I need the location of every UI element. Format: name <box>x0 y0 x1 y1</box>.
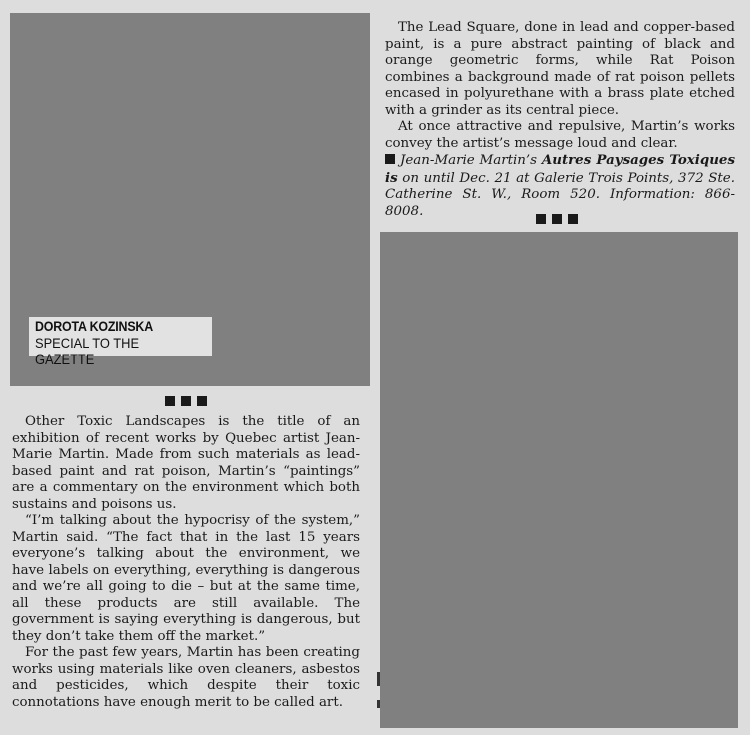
exhibition-title: Autres Paysages Toxiques <box>542 152 735 168</box>
divider-square-icon <box>165 396 175 406</box>
newspaper-clipping: DOROTA KOZINSKA SPECIAL TO THE GAZETTE O… <box>0 0 750 735</box>
bullet-square-icon <box>385 154 395 164</box>
paragraph: The Lead Square, done in lead and copper… <box>385 20 735 119</box>
article-column-right: The Lead Square, done in lead and copper… <box>385 20 735 220</box>
paragraph: Other Toxic Landscapes is the title of a… <box>12 414 360 513</box>
exhibition-info: Jean-Marie Martin’s Autres Paysages Toxi… <box>385 152 735 220</box>
paragraph: “I’m talking about the hypocrisy of the … <box>12 513 360 645</box>
section-divider-left <box>165 396 207 406</box>
section-divider-right <box>536 214 578 224</box>
divider-square-icon <box>568 214 578 224</box>
photo-placeholder-right <box>380 232 738 728</box>
byline-author: DOROTA KOZINSKA <box>35 319 192 335</box>
paragraph: At once attractive and repulsive, Martin… <box>385 119 735 152</box>
byline: DOROTA KOZINSKA SPECIAL TO THE GAZETTE <box>29 317 212 356</box>
gutter-ink-mark <box>377 700 380 708</box>
info-is: is <box>385 170 398 186</box>
divider-square-icon <box>552 214 562 224</box>
divider-square-icon <box>197 396 207 406</box>
gutter-ink-mark <box>377 672 380 686</box>
divider-square-icon <box>536 214 546 224</box>
byline-role: SPECIAL TO THE GAZETTE <box>35 335 192 367</box>
info-prefix: Jean-Marie Martin’s <box>400 153 542 168</box>
divider-square-icon <box>181 396 191 406</box>
article-column-left: Other Toxic Landscapes is the title of a… <box>12 414 360 711</box>
info-details: on until Dec. 21 at Galerie Trois Points… <box>385 171 735 219</box>
paragraph: For the past few years, Martin has been … <box>12 645 360 711</box>
